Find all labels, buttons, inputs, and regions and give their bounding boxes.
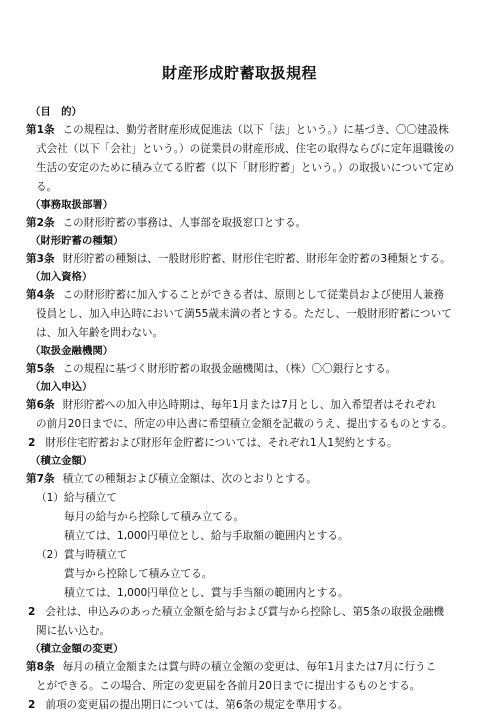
paragraph-text: 財形住宅貯蓄および財形年金貯蓄については、それぞれ1人1契約とする。 bbox=[45, 437, 397, 449]
article-text: この規程は、勤労者財産形成促進法（以下「法」という。）に基づき、〇〇建設株 bbox=[63, 124, 449, 136]
article-5-line: 第5条この規程に基づく財形貯蓄の取扱金融機関は、（株）〇〇銀行とする。 bbox=[26, 360, 466, 379]
section-heading-eligibility: （加入資格） bbox=[26, 269, 466, 286]
article-number: 第8条 bbox=[26, 661, 55, 673]
paragraph-number: 2 bbox=[26, 437, 35, 449]
article-4-line: は、加入年齢を問わない。 bbox=[26, 324, 466, 343]
section-heading-types: （財形貯蓄の種類） bbox=[26, 233, 466, 250]
item-label-salary: （1）給与積立て bbox=[26, 489, 466, 508]
article-8-line: 第8条毎月の積立金額または賞与時の積立金額の変更は、毎年1月または7月に行うこ bbox=[26, 658, 466, 677]
item-label-bonus: （2）賞与時積立て bbox=[26, 546, 466, 565]
article-4-line: 役員とし、加入申込時において満55歳未満の者とする。ただし、一般財形貯蓄について bbox=[26, 305, 466, 324]
article-text: この財形貯蓄の事務は、人事部を取扱窓口とする。 bbox=[63, 217, 307, 229]
article-2-line: 第2条この財形貯蓄の事務は、人事部を取扱窓口とする。 bbox=[26, 214, 466, 233]
document-title: 財産形成貯蓄取扱規程 bbox=[0, 62, 479, 83]
article-number: 第6条 bbox=[26, 399, 55, 411]
item-line: 積立ては、1,000円単位とし、賞与手当額の範囲内とする。 bbox=[26, 584, 466, 603]
article-number: 第3条 bbox=[26, 253, 55, 265]
article-text: 財形貯蓄への加入申込時期は、毎年1月または7月とし、加入希望者はそれぞれ bbox=[63, 399, 437, 411]
article-number: 第7条 bbox=[26, 473, 55, 485]
article-8-line: とができる。この場合、所定の変更届を各前月20日までに提出するものとする。 bbox=[26, 677, 466, 696]
section-heading-application: （加入申込） bbox=[26, 379, 466, 396]
article-6-line: 第6条財形貯蓄への加入申込時期は、毎年1月または7月とし、加入希望者はそれぞれ bbox=[26, 396, 466, 415]
paragraph-text: 前項の変更届の提出期日については、第6条の規定を準用する。 bbox=[45, 699, 348, 711]
paragraph-text: 会社は、申込みのあった積立金額を給与および賞与から控除し、第5条の取扱金融機 bbox=[45, 606, 444, 618]
section-heading-office: （事務取扱部署） bbox=[26, 197, 466, 214]
article-7-line: 第7条積立ての種類および積立金額は、次のとおりとする。 bbox=[26, 470, 466, 489]
article-text: この財形貯蓄に加入することができる者は、原則として従業員および使用人兼務 bbox=[63, 289, 444, 301]
item-line: 毎月の給与から控除して積み立てる。 bbox=[26, 508, 466, 527]
article-1-line: 第1条この規程は、勤労者財産形成促進法（以下「法」という。）に基づき、〇〇建設株 bbox=[26, 121, 466, 140]
section-heading-change: （積立金額の変更） bbox=[26, 641, 466, 658]
section-heading-amount: （積立金額） bbox=[26, 453, 466, 470]
article-text: この規程に基づく財形貯蓄の取扱金融機関は、（株）〇〇銀行とする。 bbox=[63, 363, 397, 375]
section-heading-purpose: （目 的） bbox=[26, 104, 466, 121]
item-line: 賞与から控除して積み立てる。 bbox=[26, 565, 466, 584]
item-line: 積立ては、1,000円単位とし、給与手取額の範囲内とする。 bbox=[26, 527, 466, 546]
article-6-line: の前月20日までに、所定の申込書に希望積立金額を記載のうえ、提出するものとする。 bbox=[26, 415, 466, 434]
section-heading-institution: （取扱金融機関） bbox=[26, 343, 466, 360]
article-1-line: 生活の安定のために積み立てる貯蓄（以下「財形貯蓄」という。）の取扱いについて定め bbox=[26, 159, 466, 178]
article-number: 第5条 bbox=[26, 363, 55, 375]
article-1-line: 式会社（以下「会社」という。）の従業員の財産形成、住宅の取得ならびに定年退職後の bbox=[26, 140, 466, 159]
article-text: 毎月の積立金額または賞与時の積立金額の変更は、毎年1月または7月に行うこ bbox=[63, 661, 437, 673]
document-page: 財産形成貯蓄取扱規程 （目 的） 第1条この規程は、勤労者財産形成促進法（以下「… bbox=[0, 0, 479, 718]
article-number: 第1条 bbox=[26, 124, 55, 136]
article-8-paragraph-2: 2前項の変更届の提出期日については、第6条の規定を準用する。 bbox=[26, 696, 466, 715]
article-number: 第4条 bbox=[26, 289, 55, 301]
article-4-line: 第4条この財形貯蓄に加入することができる者は、原則として従業員および使用人兼務 bbox=[26, 286, 466, 305]
article-3-line: 第3条財形貯蓄の種類は、一般財形貯蓄、財形住宅貯蓄、財形年金貯蓄の3種類とする。 bbox=[26, 250, 466, 269]
paragraph-number: 2 bbox=[26, 699, 35, 711]
document-body: （目 的） 第1条この規程は、勤労者財産形成促進法（以下「法」という。）に基づき… bbox=[26, 104, 466, 715]
article-1-line: る。 bbox=[26, 178, 466, 197]
article-text: 財形貯蓄の種類は、一般財形貯蓄、財形住宅貯蓄、財形年金貯蓄の3種類とする。 bbox=[63, 253, 451, 265]
article-7-paragraph-2-line: 関に払い込む。 bbox=[26, 622, 466, 641]
article-7-paragraph-2: 2会社は、申込みのあった積立金額を給与および賞与から控除し、第5条の取扱金融機 bbox=[26, 603, 466, 622]
article-number: 第2条 bbox=[26, 217, 55, 229]
article-text: 積立ての種類および積立金額は、次のとおりとする。 bbox=[63, 473, 317, 485]
paragraph-number: 2 bbox=[26, 606, 35, 618]
article-6-paragraph-2: 2財形住宅貯蓄および財形年金貯蓄については、それぞれ1人1契約とする。 bbox=[26, 434, 466, 453]
